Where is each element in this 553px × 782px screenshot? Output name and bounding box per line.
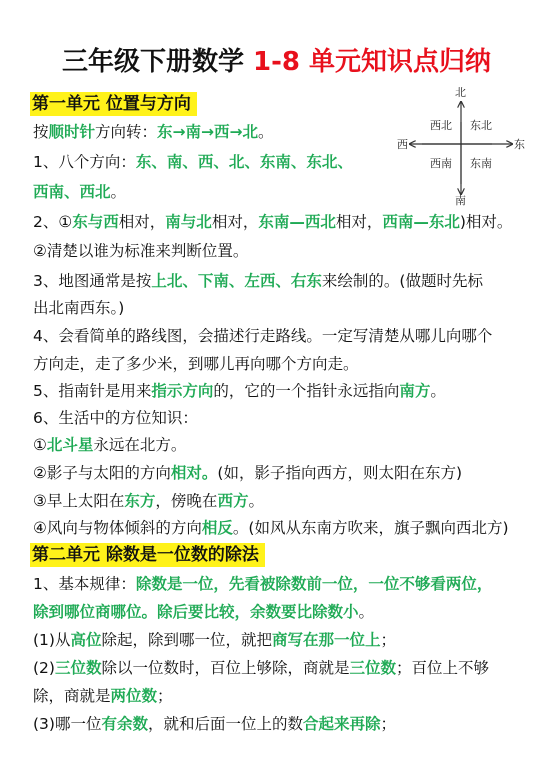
opposite-directions-line: 2、①东与西相对，南与北相对，东南—西北相对，西南—东北)相对。 xyxy=(33,211,512,233)
division-rule-line-2: 除到哪位商哪位。除后要比较，余数要比除数小。 xyxy=(33,601,374,623)
compass-diagram: 北 南 东 西 西北 东北 西南 东南 xyxy=(392,82,532,210)
page-title: 三年级下册数学 1-8 单元知识点归纳 xyxy=(0,44,553,80)
rule-1-line: (1)从高位除起，除到哪一位，就把商写在那一位上； xyxy=(33,629,396,651)
compass-southeast: 东南 xyxy=(470,155,492,171)
unit2-heading: 第二单元 除数是一位数的除法 xyxy=(30,543,265,567)
map-convention-line: 3、地图通常是按上北、下南、左西、右东来绘制的。(做题时先标 xyxy=(33,270,483,292)
compass-south: 南 xyxy=(455,192,466,208)
shadow-line: ②影子与太阳的方向相对。(如，影子指向西方，则太阳在东方) xyxy=(33,462,462,484)
compass-north: 北 xyxy=(455,84,466,100)
compass-west: 西 xyxy=(397,136,408,152)
division-rule-line: 1、基本规律：除数是一位，先看被除数前一位，一位不够看两位， xyxy=(33,573,492,595)
eight-directions-line-2: 西南、西北。 xyxy=(33,181,126,203)
wind-line: ④风向与物体倾斜的方向相反。(如风从东南方吹来，旗子飘向西北方) xyxy=(33,517,509,539)
compass-arrows-icon xyxy=(392,82,532,210)
map-convention-line-2: 出北南西东。) xyxy=(33,297,124,319)
eight-directions-line: 1、八个方向：东、南、西、北、东南、东北、 xyxy=(33,151,353,173)
compass-northeast: 东北 xyxy=(470,117,492,133)
title-main: 三年级下册数学 xyxy=(62,47,253,77)
compass-northwest: 西北 xyxy=(430,117,452,133)
life-knowledge-line: 6、生活中的方位知识： xyxy=(33,407,198,429)
title-highlight: 1-8 单元知识点归纳 xyxy=(253,47,491,77)
compass-needle-line: 5、指南针是用来指示方向的，它的一个指针永远指向南方。 xyxy=(33,380,446,402)
north-star-line: ①北斗星永远在北方。 xyxy=(33,434,186,456)
compass-southwest: 西南 xyxy=(430,155,452,171)
route-map-line-2: 方向走，走了多少米，到哪儿再向哪个方向走。 xyxy=(33,353,359,375)
clockwise-line: 按顺时针方向转：东→南→西→北。 xyxy=(33,121,274,143)
sun-line: ③早上太阳在东方，傍晚在西方。 xyxy=(33,490,264,512)
reference-line: ②清楚以谁为标准来判断位置。 xyxy=(33,240,248,262)
route-map-line: 4、会看简单的路线图，会描述行走路线。一定写清楚从哪儿向哪个 xyxy=(33,325,492,347)
rule-2-line: (2)三位数除以一位数时，百位上够除，商就是三位数；百位上不够 xyxy=(33,657,489,679)
unit1-heading: 第一单元 位置与方向 xyxy=(30,92,197,116)
compass-east: 东 xyxy=(514,136,525,152)
rule-3-line: (3)哪一位有余数，就和后面一位上的数合起来再除； xyxy=(33,713,396,735)
rule-2-line-2: 除，商就是两位数； xyxy=(33,685,173,707)
